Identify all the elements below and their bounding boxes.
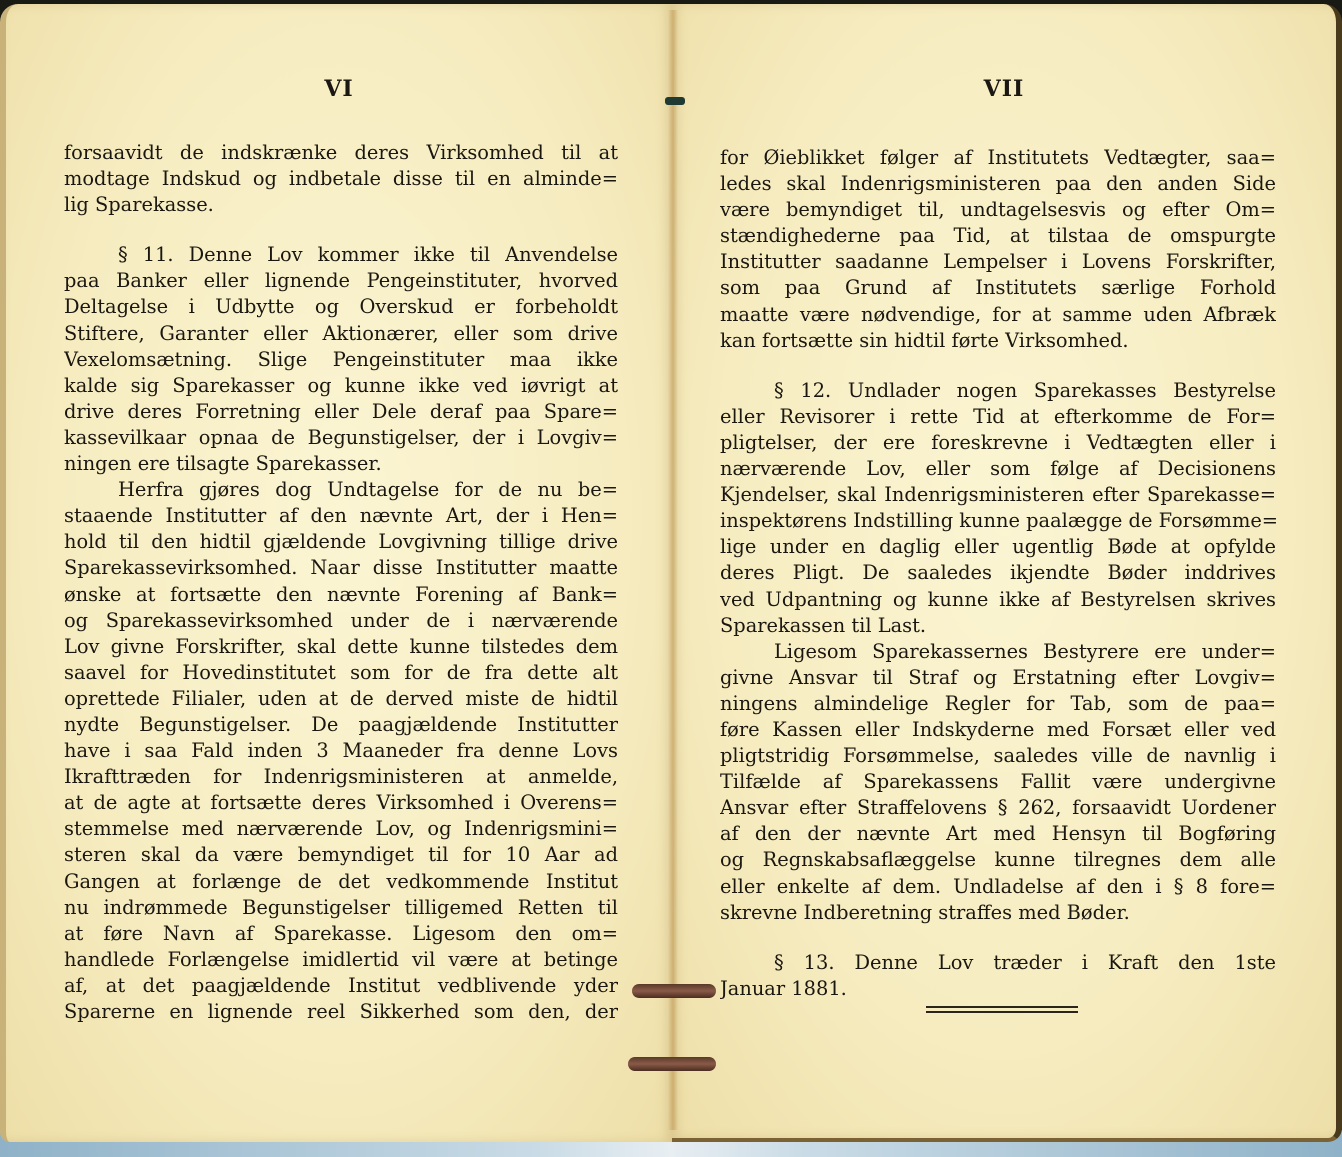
section-12-heading-line: § 12. Undlader nogen Sparekasses Bestyre… xyxy=(720,378,1276,404)
text-line: stemmelse med nærværende Lov, og Indenri… xyxy=(64,816,618,842)
text-line: kalde sig Sparekasser og kunne ikke ved … xyxy=(64,373,618,399)
text-line: Januar 1881. xyxy=(720,976,1276,1002)
text-line: Lov givne Forskrifter, skal dette kunne … xyxy=(64,634,618,660)
text-line: modtage Indskud og indbetale disse til e… xyxy=(64,166,618,192)
text-line: for Øieblikket følger af Institutets Ved… xyxy=(720,145,1276,171)
binding-thread-top xyxy=(665,97,685,105)
section-13-heading-line: § 13. Denne Lov træder i Kraft den 1ste xyxy=(720,950,1276,976)
left-page: VI forsaavidt de indskrænke deres Virkso… xyxy=(0,4,672,1142)
paragraph-gap xyxy=(720,354,1276,378)
text-line: Vexelomsætning. Slige Pengeinstituter ma… xyxy=(64,347,618,373)
text-line: pligtelser, der ere foreskrevne i Vedtæg… xyxy=(720,430,1276,456)
text-line: givne Ansvar til Straf og Erstatning eft… xyxy=(720,665,1276,691)
text-line: ledes skal Indenrigsministeren paa den a… xyxy=(720,171,1276,197)
paragraph-gap xyxy=(64,218,618,242)
text-line: og Regnskabsaflæggelse kunne tilregnes d… xyxy=(720,847,1276,873)
text-line: pligtstridig Forsømmelse, saaledes ville… xyxy=(720,743,1276,769)
text-line: forsaavidt de indskrænke deres Virksomhe… xyxy=(64,140,618,166)
text-line: paa Banker eller lignende Pengeinstitute… xyxy=(64,268,618,294)
text-line: hold til den hidtil gjældende Lovgivning… xyxy=(64,529,618,555)
text-line: kassevilkaar opnaa de Begunstigelser, de… xyxy=(64,425,618,451)
page-number: VI xyxy=(6,76,672,102)
binding-stitch xyxy=(632,984,716,998)
text-line: af den der nævnte Art med Hensyn til Bog… xyxy=(720,821,1276,847)
double-rule-divider xyxy=(926,1006,1078,1013)
text-line: af, at det paagjældende Institut vedbliv… xyxy=(64,973,618,999)
text-line: kan fortsætte sin hidtil førte Virksomhe… xyxy=(720,328,1276,354)
text-line: lige under en daglig eller ugentlig Bøde… xyxy=(720,534,1276,560)
text-line: Deltagelse i Udbytte og Overskud er forb… xyxy=(64,294,618,320)
text-line: Herfra gjøres dog Undtagelse for de nu b… xyxy=(64,477,618,503)
text-line: deres Pligt. De saaledes ikjendte Bøder … xyxy=(720,560,1276,586)
text-line: nærværende Lov, eller som følge af Decis… xyxy=(720,456,1276,482)
text-line: nydte Begunstigelser. De paagjældende In… xyxy=(64,712,618,738)
text-line: og Sparekassevirksomhed under de i nærvæ… xyxy=(64,608,618,634)
text-line: stændighederne paa Tid, at tilstaa de om… xyxy=(720,223,1276,249)
text-line: Sparerne en lignende reel Sikkerhed som … xyxy=(64,999,618,1025)
right-page: VII for Øieblikket følger af Institutets… xyxy=(672,4,1342,1142)
text-line: staaende Institutter af den nævnte Art, … xyxy=(64,503,618,529)
right-page-text: for Øieblikket følger af Institutets Ved… xyxy=(720,145,1276,1002)
text-line: Tilfælde af Sparekassens Fallit være und… xyxy=(720,769,1276,795)
text-line: ved Udpantning og kunne ikke af Bestyrel… xyxy=(720,587,1276,613)
text-line: lig Sparekasse. xyxy=(64,192,618,218)
text-line: maatte være nødvendige, for at samme ude… xyxy=(720,302,1276,328)
section-11-heading-line: § 11. Denne Lov kommer ikke til Anvendel… xyxy=(64,242,618,268)
text-line: Sparekassen til Last. xyxy=(720,613,1276,639)
page-number: VII xyxy=(672,76,1336,102)
text-line: Gangen at forlænge de det vedkommende In… xyxy=(64,869,618,895)
text-line: Sparekassevirksomhed. Naar disse Institu… xyxy=(64,555,618,581)
text-line: som paa Grund af Institutets særlige For… xyxy=(720,275,1276,301)
text-line: inspektørens Indstilling kunne paalægge … xyxy=(720,508,1276,534)
text-line: eller Revisorer i rette Tid at efterkomm… xyxy=(720,404,1276,430)
left-page-text: forsaavidt de indskrænke deres Virksomhe… xyxy=(64,140,618,1025)
book-spine xyxy=(668,10,678,1130)
text-line: skrevne Indberetning straffes med Bøder. xyxy=(720,900,1276,926)
text-line: drive deres Forretning eller Dele deraf … xyxy=(64,399,618,425)
text-line: Ligesom Sparekassernes Bestyrere ere und… xyxy=(720,639,1276,665)
text-line: oprettede Filialer, uden at de derved mi… xyxy=(64,686,618,712)
text-line: have i saa Fald inden 3 Maaneder fra den… xyxy=(64,738,618,764)
text-line: Ikrafttræden for Indenrigsministeren at … xyxy=(64,764,618,790)
text-line: at de agte at fortsætte deres Virksomhed… xyxy=(64,790,618,816)
text-line: at føre Navn af Sparekasse. Ligesom den … xyxy=(64,921,618,947)
text-line: Ansvar efter Straffelovens § 262, forsaa… xyxy=(720,795,1276,821)
text-line: ønske at fortsætte den nævnte Forening a… xyxy=(64,582,618,608)
text-line: ningens almindelige Regler for Tab, som … xyxy=(720,691,1276,717)
text-line: Institutter saadanne Lempelser i Lovens … xyxy=(720,249,1276,275)
paragraph-gap xyxy=(720,926,1276,950)
text-line: steren skal da være bemyndiget til for 1… xyxy=(64,842,618,868)
text-line: eller enkelte af dem. Undladelse af den … xyxy=(720,874,1276,900)
binding-stitch xyxy=(628,1057,716,1071)
text-line: saavel for Hovedinstitutet som for de fr… xyxy=(64,660,618,686)
text-line: være bemyndiget til, undtagelsesvis og e… xyxy=(720,197,1276,223)
text-line: handlede Forlængelse imidlertid vil være… xyxy=(64,947,618,973)
text-line: nu indrømmede Begunstigelser tilligemed … xyxy=(64,895,618,921)
text-line: Stiftere, Garanter eller Aktionærer, ell… xyxy=(64,321,618,347)
text-line: ningen ere tilsagte Sparekasser. xyxy=(64,451,618,477)
text-line: Kjendelser, skal Indenrigsministeren eft… xyxy=(720,482,1276,508)
text-line: føre Kassen eller Indskyderne med Forsæt… xyxy=(720,717,1276,743)
